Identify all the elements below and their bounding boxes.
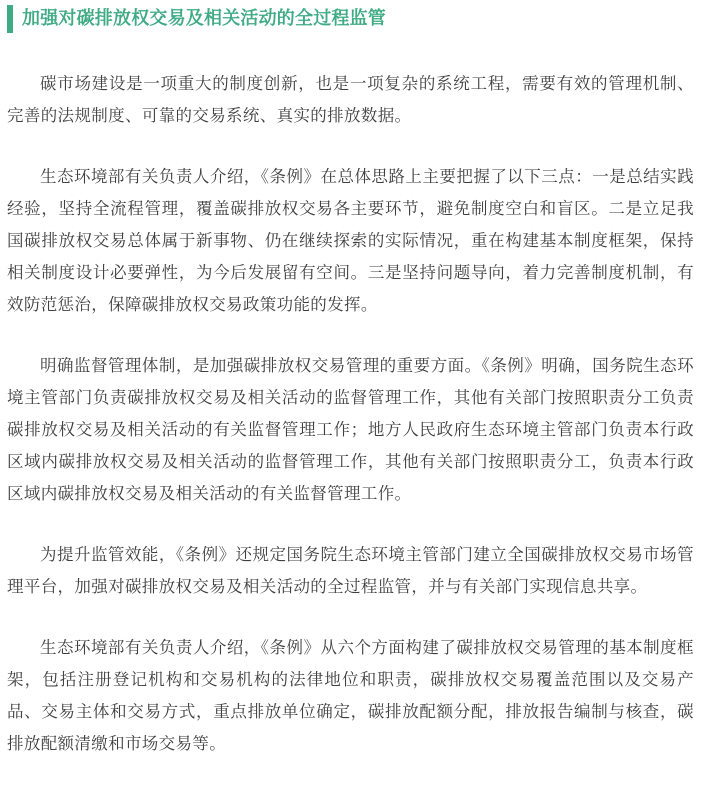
heading-title: 加强对碳排放权交易及相关活动的全过程监管 <box>22 6 386 32</box>
heading-accent-bar <box>7 5 13 33</box>
paragraph-spacer <box>0 603 702 632</box>
paragraph-5: 生态环境部有关负责人介绍，《条例》从六个方面构建了碳排放权交易管理的基本制度框架… <box>0 632 702 760</box>
article: 加强对碳排放权交易及相关活动的全过程监管 碳市场建设是一项重大的制度创新，也是一… <box>0 0 702 760</box>
paragraph-spacer <box>0 321 702 350</box>
paragraph-3: 明确监督管理体制，是加强碳排放权交易管理的重要方面。《条例》明确，国务院生态环境… <box>0 350 702 510</box>
paragraph-spacer <box>0 510 702 539</box>
paragraph-spacer <box>0 132 702 161</box>
paragraph-4: 为提升监管效能，《条例》还规定国务院生态环境主管部门建立全国碳排放权交易市场管理… <box>0 539 702 603</box>
paragraph-2: 生态环境部有关负责人介绍，《条例》在总体思路上主要把握了以下三点：一是总结实践经… <box>0 161 702 321</box>
section-heading: 加强对碳排放权交易及相关活动的全过程监管 <box>0 0 702 38</box>
paragraph-1: 碳市场建设是一项重大的制度创新，也是一项复杂的系统工程，需要有效的管理机制、完善… <box>0 68 702 132</box>
